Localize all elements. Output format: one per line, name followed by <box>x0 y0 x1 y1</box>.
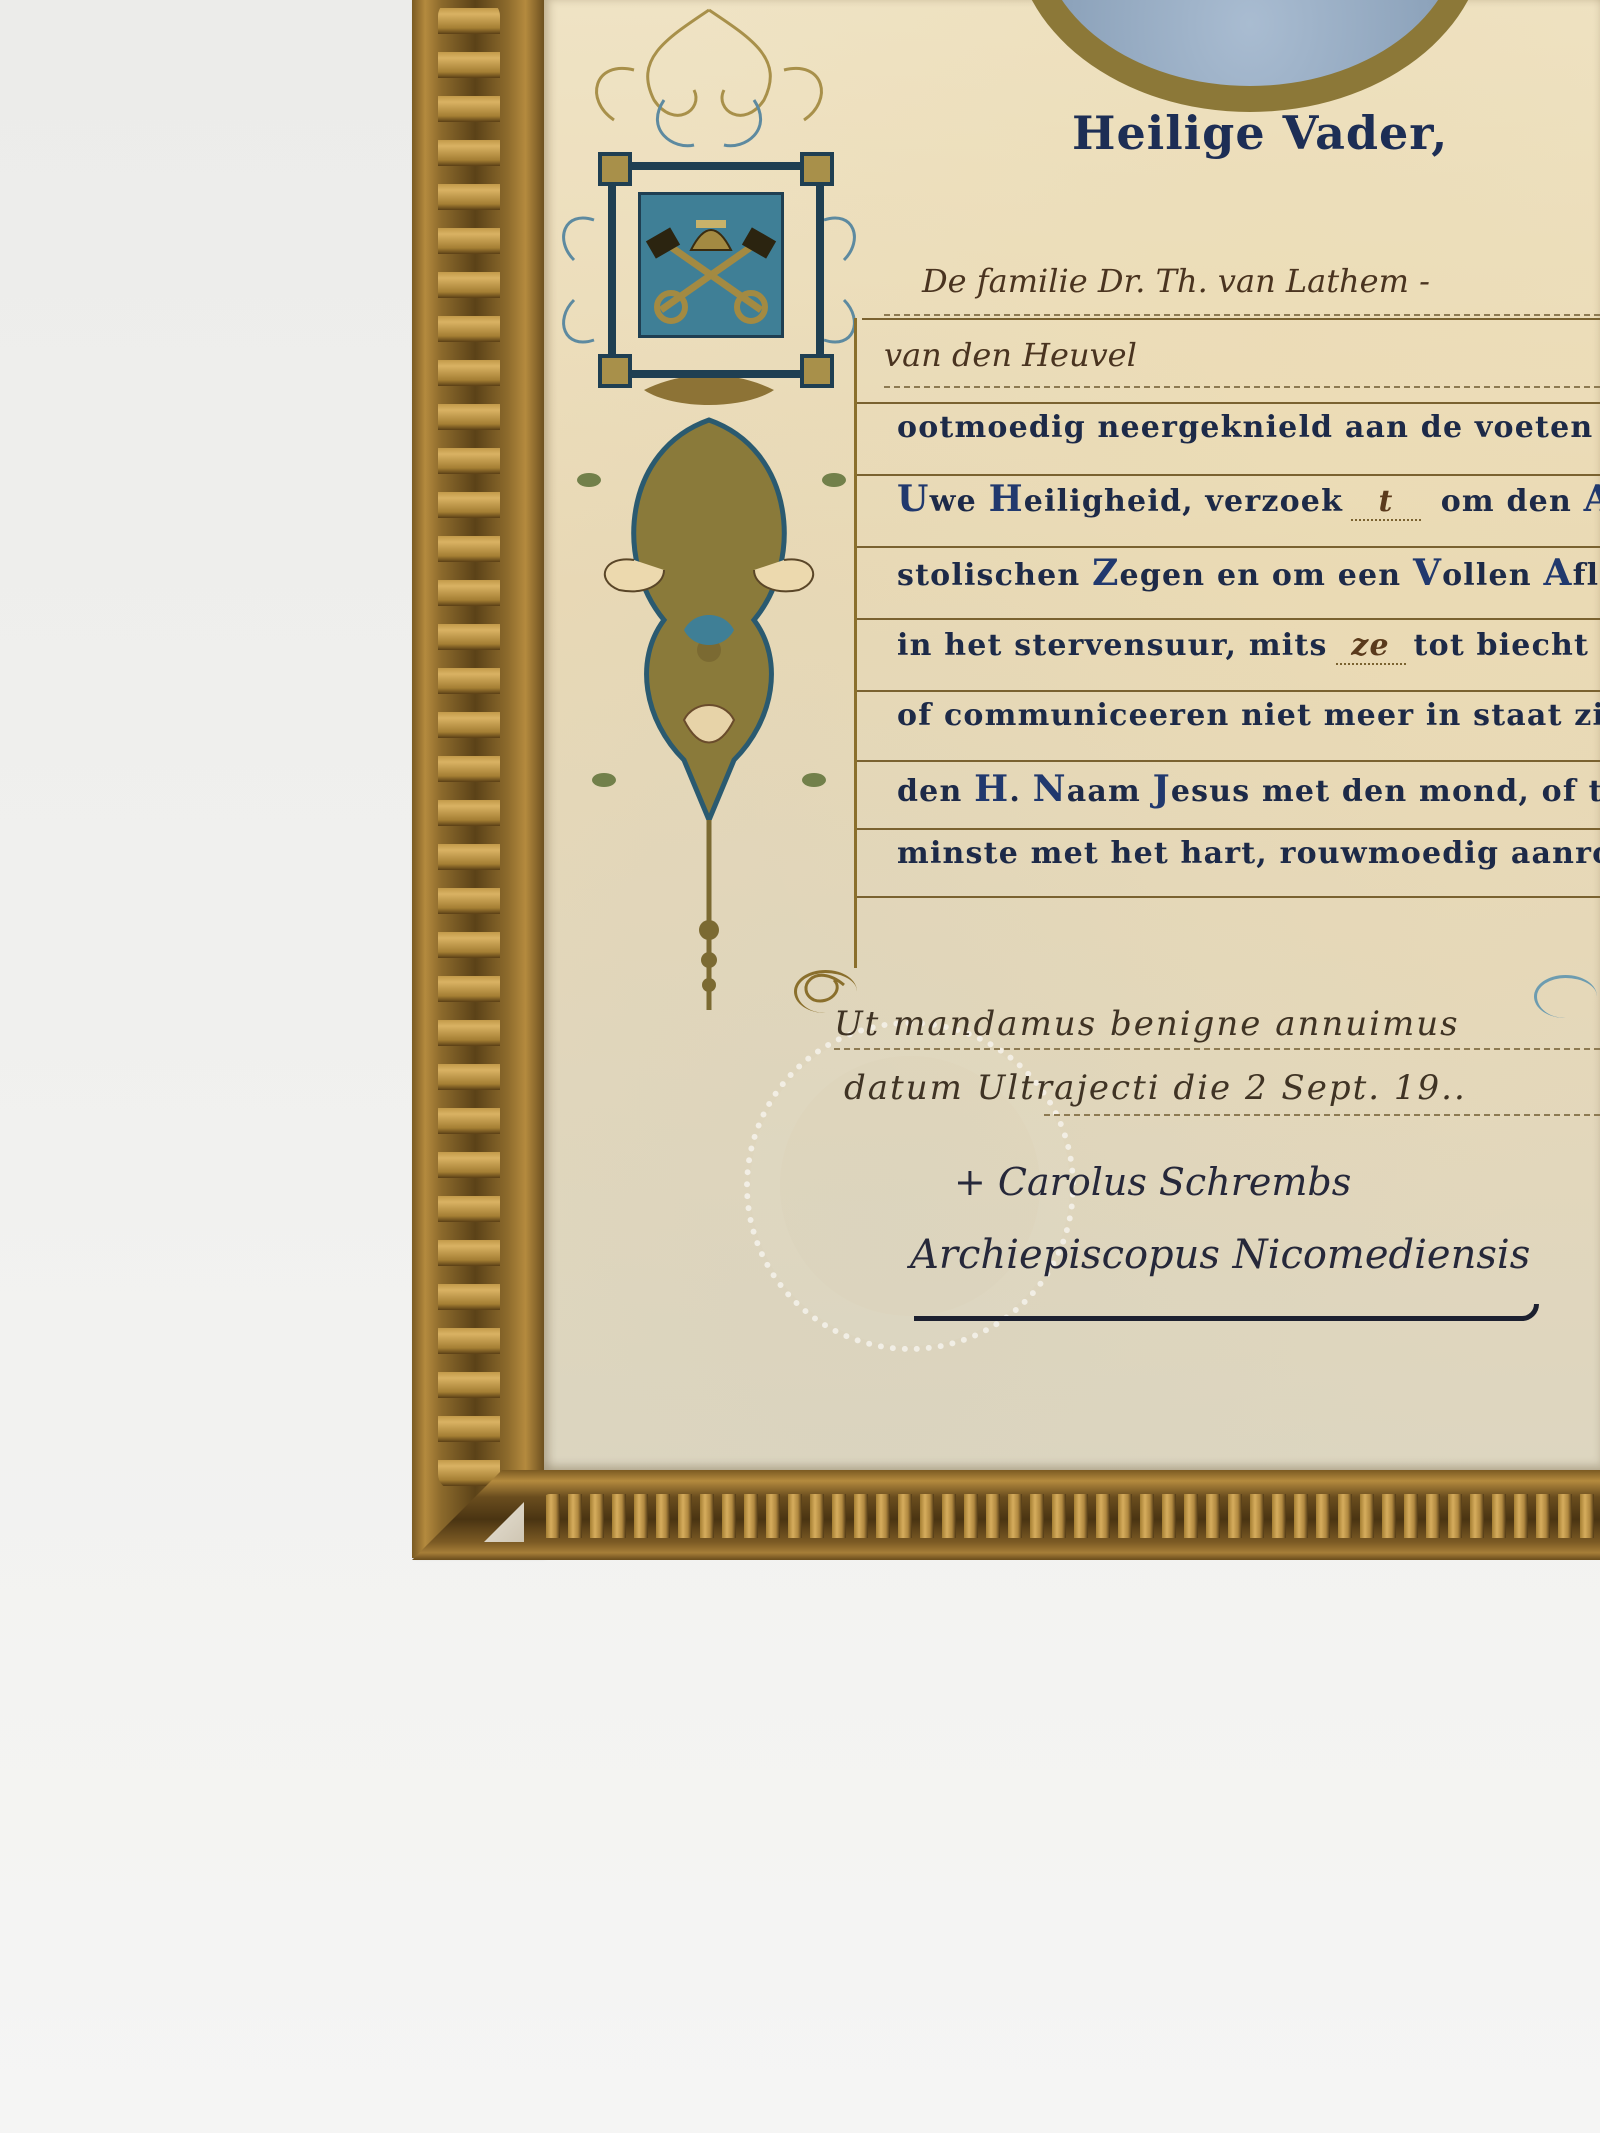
ornamental-border <box>544 0 874 1020</box>
ruled-line <box>857 402 1600 404</box>
ruled-line <box>857 546 1600 548</box>
portrait-medallion <box>1014 0 1486 112</box>
dotted-rule <box>1044 1114 1600 1116</box>
ruled-line <box>857 618 1600 620</box>
signature-name: + Carolus Schrembs <box>954 1160 1351 1204</box>
ruled-line <box>857 896 1600 898</box>
dotted-rule <box>834 1048 1600 1050</box>
document-title: Heilige Vader, <box>1072 106 1448 160</box>
body-line-1: ootmoedig neergeknield aan de voeten <box>897 410 1593 445</box>
picture-frame-bottom-rail <box>412 1470 1600 1560</box>
signature-title: Archiepiscopus Nicomediensis <box>910 1232 1530 1278</box>
scroll-flourish-right <box>1534 975 1597 1018</box>
grant-line-1: Ut mandamus benigne annuimus <box>834 1004 1460 1044</box>
papal-coat-of-arms <box>608 162 824 378</box>
body-line-3: stolischen Zegen en om een Vollen Afl <box>897 552 1599 594</box>
signature-flourish <box>914 1304 1539 1321</box>
crossed-keys-tiara-icon <box>641 195 781 335</box>
body-line-6: den H. Naam Jesus met den mond, of te <box>897 768 1600 810</box>
body-line-7: minste met het hart, rouwmoedig aanroepe <box>897 836 1600 871</box>
ruled-line <box>857 474 1600 476</box>
petitioner-name-line-1: De familie Dr. Th. van Lathem - <box>922 262 1430 300</box>
ruled-line <box>857 828 1600 830</box>
body-line-2: Uwe Heiligheid, verzoekt om den A <box>897 478 1600 521</box>
certificate-document: Heilige Vader, <box>544 0 1600 1470</box>
ruled-line <box>857 690 1600 692</box>
handwritten-fill: t <box>1351 484 1421 521</box>
petition-text-block: ootmoedig neergeknield aan de voeten Uwe… <box>854 318 1600 968</box>
grant-line-2: datum Ultrajecti die 2 Sept. 19.. <box>844 1068 1467 1108</box>
frame-bead-molding <box>438 0 500 1490</box>
body-line-4: in het stervensuur, mitszetot biecht <box>897 628 1589 665</box>
dotted-rule <box>884 314 1600 316</box>
ruled-line <box>857 760 1600 762</box>
handwritten-fill: ze <box>1336 628 1406 665</box>
picture-frame-left-rail <box>412 0 544 1558</box>
frame-bead-molding <box>542 1494 1600 1538</box>
body-line-5: of communiceeren niet meer in staat zijn… <box>897 698 1600 733</box>
